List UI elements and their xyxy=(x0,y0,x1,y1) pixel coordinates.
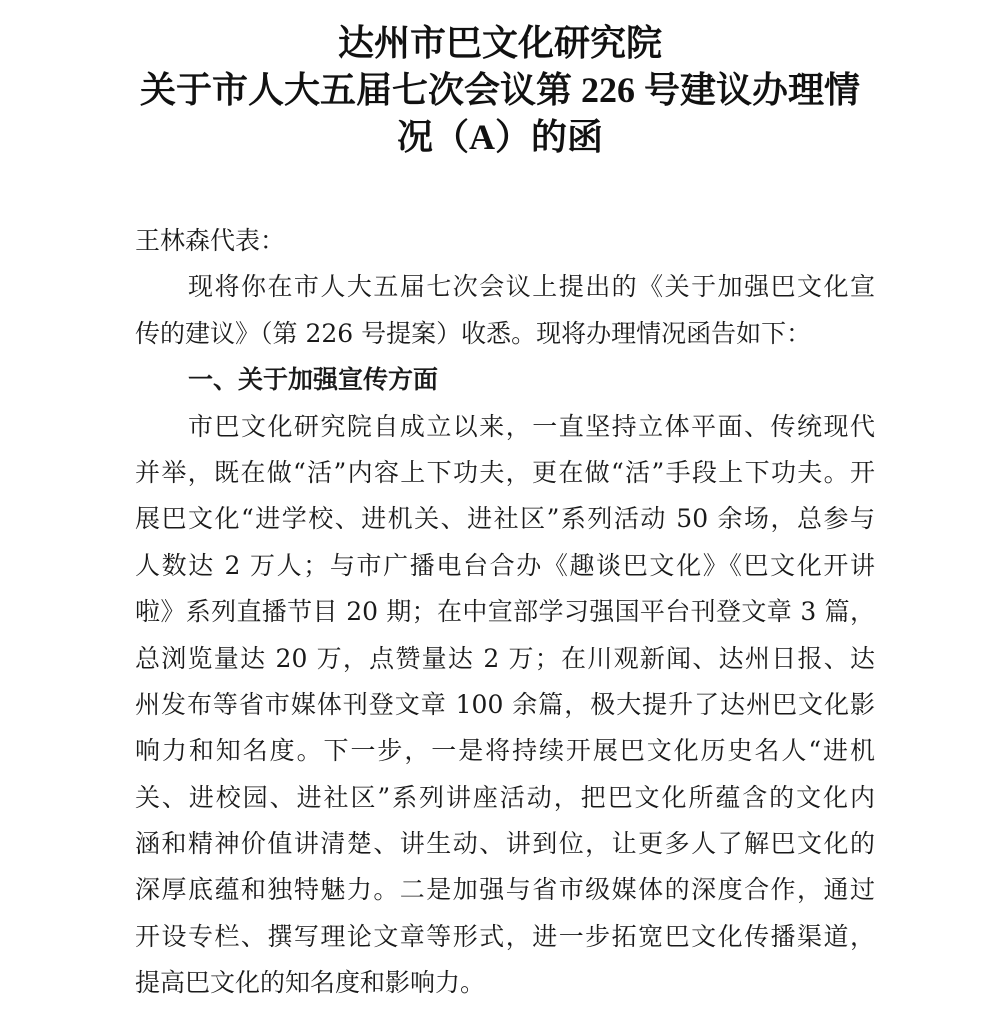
section-paragraph-line: 州发布等省市媒体刊登文章 100 余篇，极大提升了达州巴文化影 xyxy=(135,682,875,728)
section-paragraph-line: 深厚底蕴和独特魅力。二是加强与省市级媒体的深度合作，通过 xyxy=(135,867,875,913)
section-paragraph-line: 啦》系列直播节目 20 期；在中宣部学习强国平台刊登文章 3 篇， xyxy=(135,589,875,635)
document-body: 王林森代表： 现将你在市人大五届七次会议上提出的《关于加强巴文化宣 传的建议》（… xyxy=(135,218,875,1007)
title-line-subject: 关于市人大五届七次会议第 226 号建议办理情 xyxy=(0,67,1000,114)
section-paragraph-line: 并举，既在做“活”内容上下功夫，更在做“活”手段上下功夫。开 xyxy=(135,450,875,496)
title-line-subject-end: 况（A）的函 xyxy=(0,114,1000,161)
salutation: 王林森代表： xyxy=(135,218,875,264)
intro-paragraph-line: 传的建议》（第 226 号提案）收悉。现将办理情况函告如下： xyxy=(135,311,875,357)
title-line-organization: 达州市巴文化研究院 xyxy=(0,20,1000,67)
section-paragraph-line: 市巴文化研究院自成立以来，一直坚持立体平面、传统现代 xyxy=(135,404,875,450)
section-paragraph-line: 开设专栏、撰写理论文章等形式，进一步拓宽巴文化传播渠道， xyxy=(135,914,875,960)
section-paragraph-line: 展巴文化“进学校、进机关、进社区”系列活动 50 余场，总参与 xyxy=(135,496,875,542)
section-paragraph-line: 响力和知名度。下一步，一是将持续开展巴文化历史名人“进机 xyxy=(135,728,875,774)
section-paragraph-line: 提高巴文化的知名度和影响力。 xyxy=(135,960,875,1006)
document-title: 达州市巴文化研究院 关于市人大五届七次会议第 226 号建议办理情 况（A）的函 xyxy=(0,20,1000,161)
section-heading: 一、关于加强宣传方面 xyxy=(135,357,875,403)
section-paragraph-line: 人数达 2 万人；与市广播电台合办《趣谈巴文化》《巴文化开讲 xyxy=(135,543,875,589)
section-paragraph-line: 总浏览量达 20 万，点赞量达 2 万；在川观新闻、达州日报、达 xyxy=(135,636,875,682)
intro-paragraph-line: 现将你在市人大五届七次会议上提出的《关于加强巴文化宣 xyxy=(135,264,875,310)
section-paragraph-line: 涵和精神价值讲清楚、讲生动、讲到位，让更多人了解巴文化的 xyxy=(135,821,875,867)
section-paragraph-line: 关、进校园、进社区”系列讲座活动，把巴文化所蕴含的文化内 xyxy=(135,775,875,821)
